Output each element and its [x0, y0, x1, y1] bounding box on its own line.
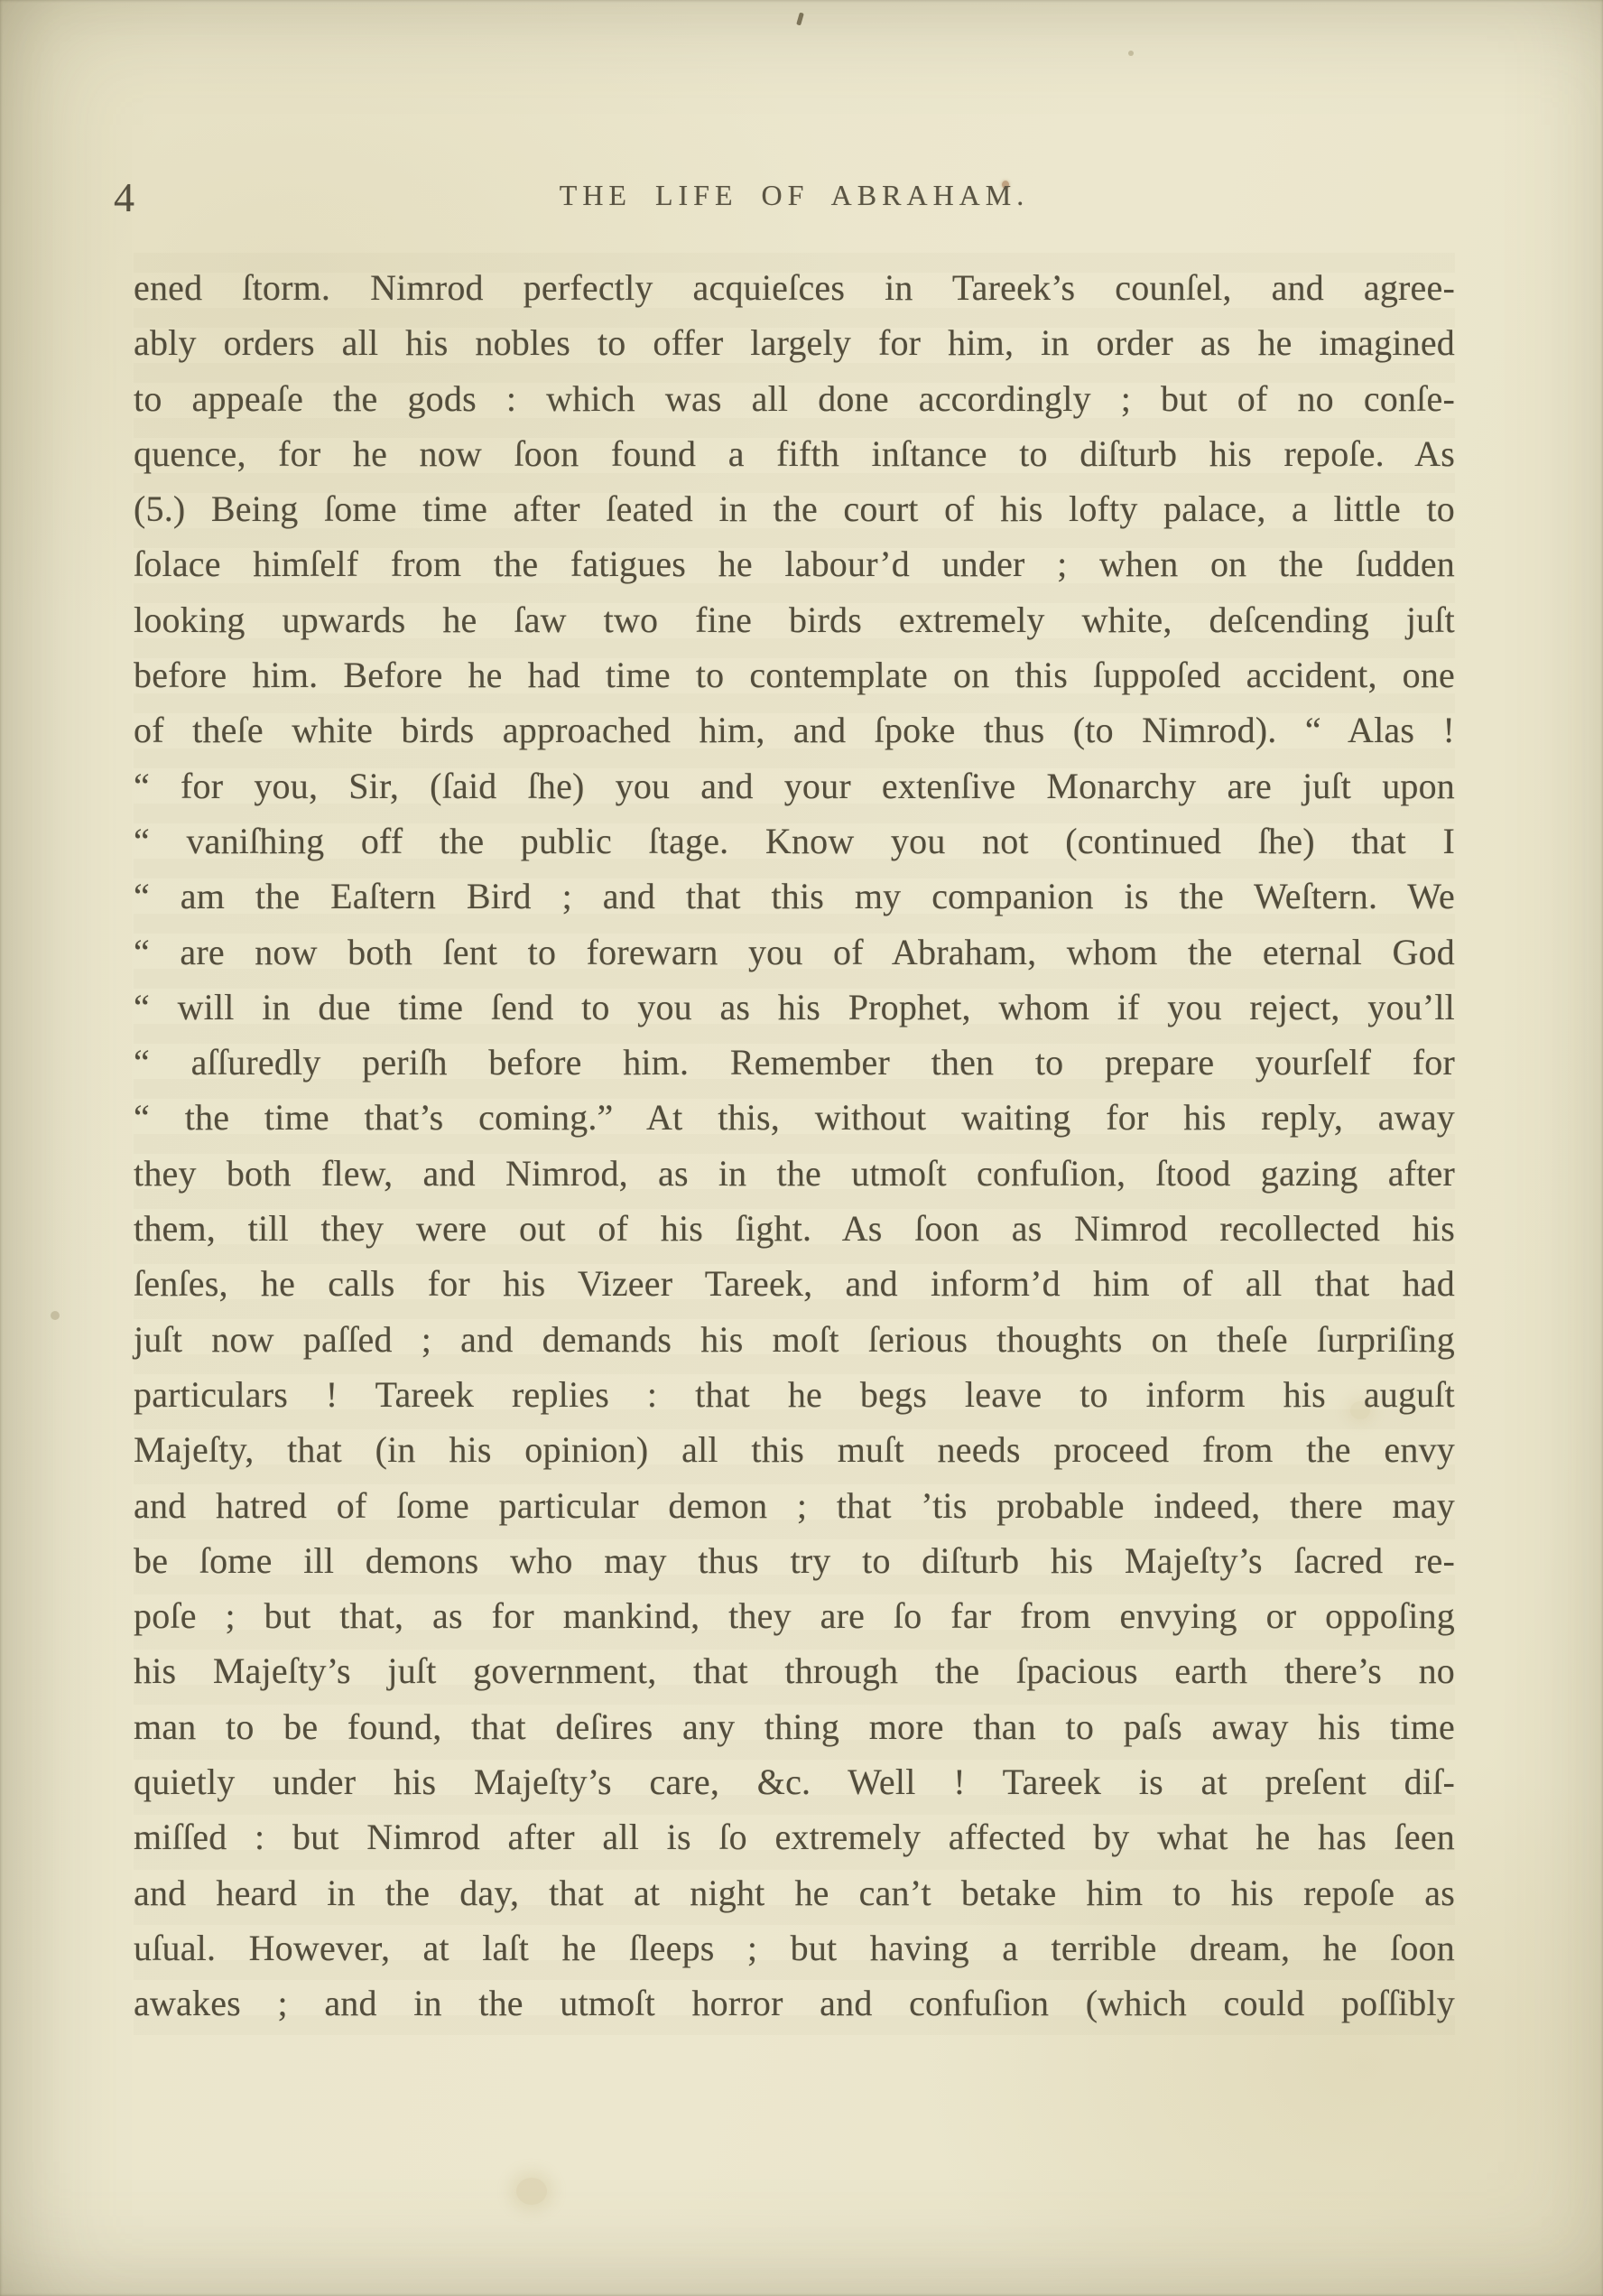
paper-speck — [1128, 51, 1134, 56]
body-text-line: uſual. However, at laſt he ſleeps ; but … — [134, 1920, 1455, 1975]
body-text-line: ably orders all his nobles to offer larg… — [134, 315, 1455, 370]
body-text-line: to appeaſe the gods : which was all done… — [134, 371, 1455, 426]
body-text-line: “ vaniſhing off the public ſtage. Know y… — [134, 813, 1455, 869]
body-text-line: them, till they were out of his ſight. A… — [134, 1201, 1455, 1256]
body-text-line: particulars ! Tareek replies : that he b… — [134, 1367, 1455, 1422]
body-text-line: quence, for he now ſoon found a fifth in… — [134, 426, 1455, 481]
body-text-line: “ aſſuredly periſh before him. Remember … — [134, 1035, 1455, 1090]
body-text-line: “ will in due time ſend to you as his Pr… — [134, 980, 1455, 1035]
book-page: 4 THE LIFE OF ABRAHAM. ened ſtorm. Nimro… — [0, 0, 1603, 2296]
body-text-line: Majeſty, that (in his opinion) all this … — [134, 1422, 1455, 1477]
body-text-line: poſe ; but that, as for mankind, they ar… — [134, 1588, 1455, 1643]
body-text-line: “ for you, Sir, (ſaid ſhe) you and your … — [134, 758, 1455, 813]
body-text-line: they both flew, and Nimrod, as in the ut… — [134, 1146, 1455, 1201]
body-text-block: ened ſtorm. Nimrod perfectly acquieſces … — [134, 260, 1455, 2031]
body-text-line: “ are now both ſent to forewarn you of A… — [134, 925, 1455, 980]
body-text-line: looking upwards he ſaw two fine birds ex… — [134, 592, 1455, 647]
paper-stain — [516, 2178, 547, 2205]
body-text-line: of theſe white birds approached him, and… — [134, 702, 1455, 758]
running-head-title: THE LIFE OF ABRAHAM. — [134, 181, 1455, 209]
body-text-line: quietly under his Majeſty’s care, &c. We… — [134, 1754, 1455, 1809]
body-text-line: ened ſtorm. Nimrod perfectly acquieſces … — [134, 260, 1455, 315]
body-text-line: and heard in the day, that at night he c… — [134, 1865, 1455, 1920]
body-text-line: ſenſes, he calls for his Vizeer Tareek, … — [134, 1256, 1455, 1311]
body-text-line: “ am the Eaſtern Bird ; and that this my… — [134, 869, 1455, 924]
body-text-line: and hatred of ſome particular demon ; th… — [134, 1478, 1455, 1533]
page-number: 4 — [114, 177, 134, 218]
body-text-line: awakes ; and in the utmoſt horror and co… — [134, 1975, 1455, 2031]
body-text-line: miſſed : but Nimrod after all is ſo extr… — [134, 1809, 1455, 1864]
body-text-line: “ the time that’s coming.” At this, with… — [134, 1090, 1455, 1145]
body-text-line: juſt now paſſed ; and demands his moſt ſ… — [134, 1312, 1455, 1367]
body-text-line: before him. Before he had time to contem… — [134, 647, 1455, 702]
body-text-line: man to be found, that deſires any thing … — [134, 1699, 1455, 1754]
body-text-line: (5.) Being ſome time after ſeated in the… — [134, 481, 1455, 536]
body-text-line: be ſome ill demons who may thus try to d… — [134, 1533, 1455, 1588]
paper-speck — [796, 13, 804, 26]
body-text-line: his Majeſty’s juſt government, that thro… — [134, 1643, 1455, 1698]
paper-speck — [51, 1311, 60, 1320]
body-text-line: ſolace himſelf from the fatigues he labo… — [134, 536, 1455, 591]
